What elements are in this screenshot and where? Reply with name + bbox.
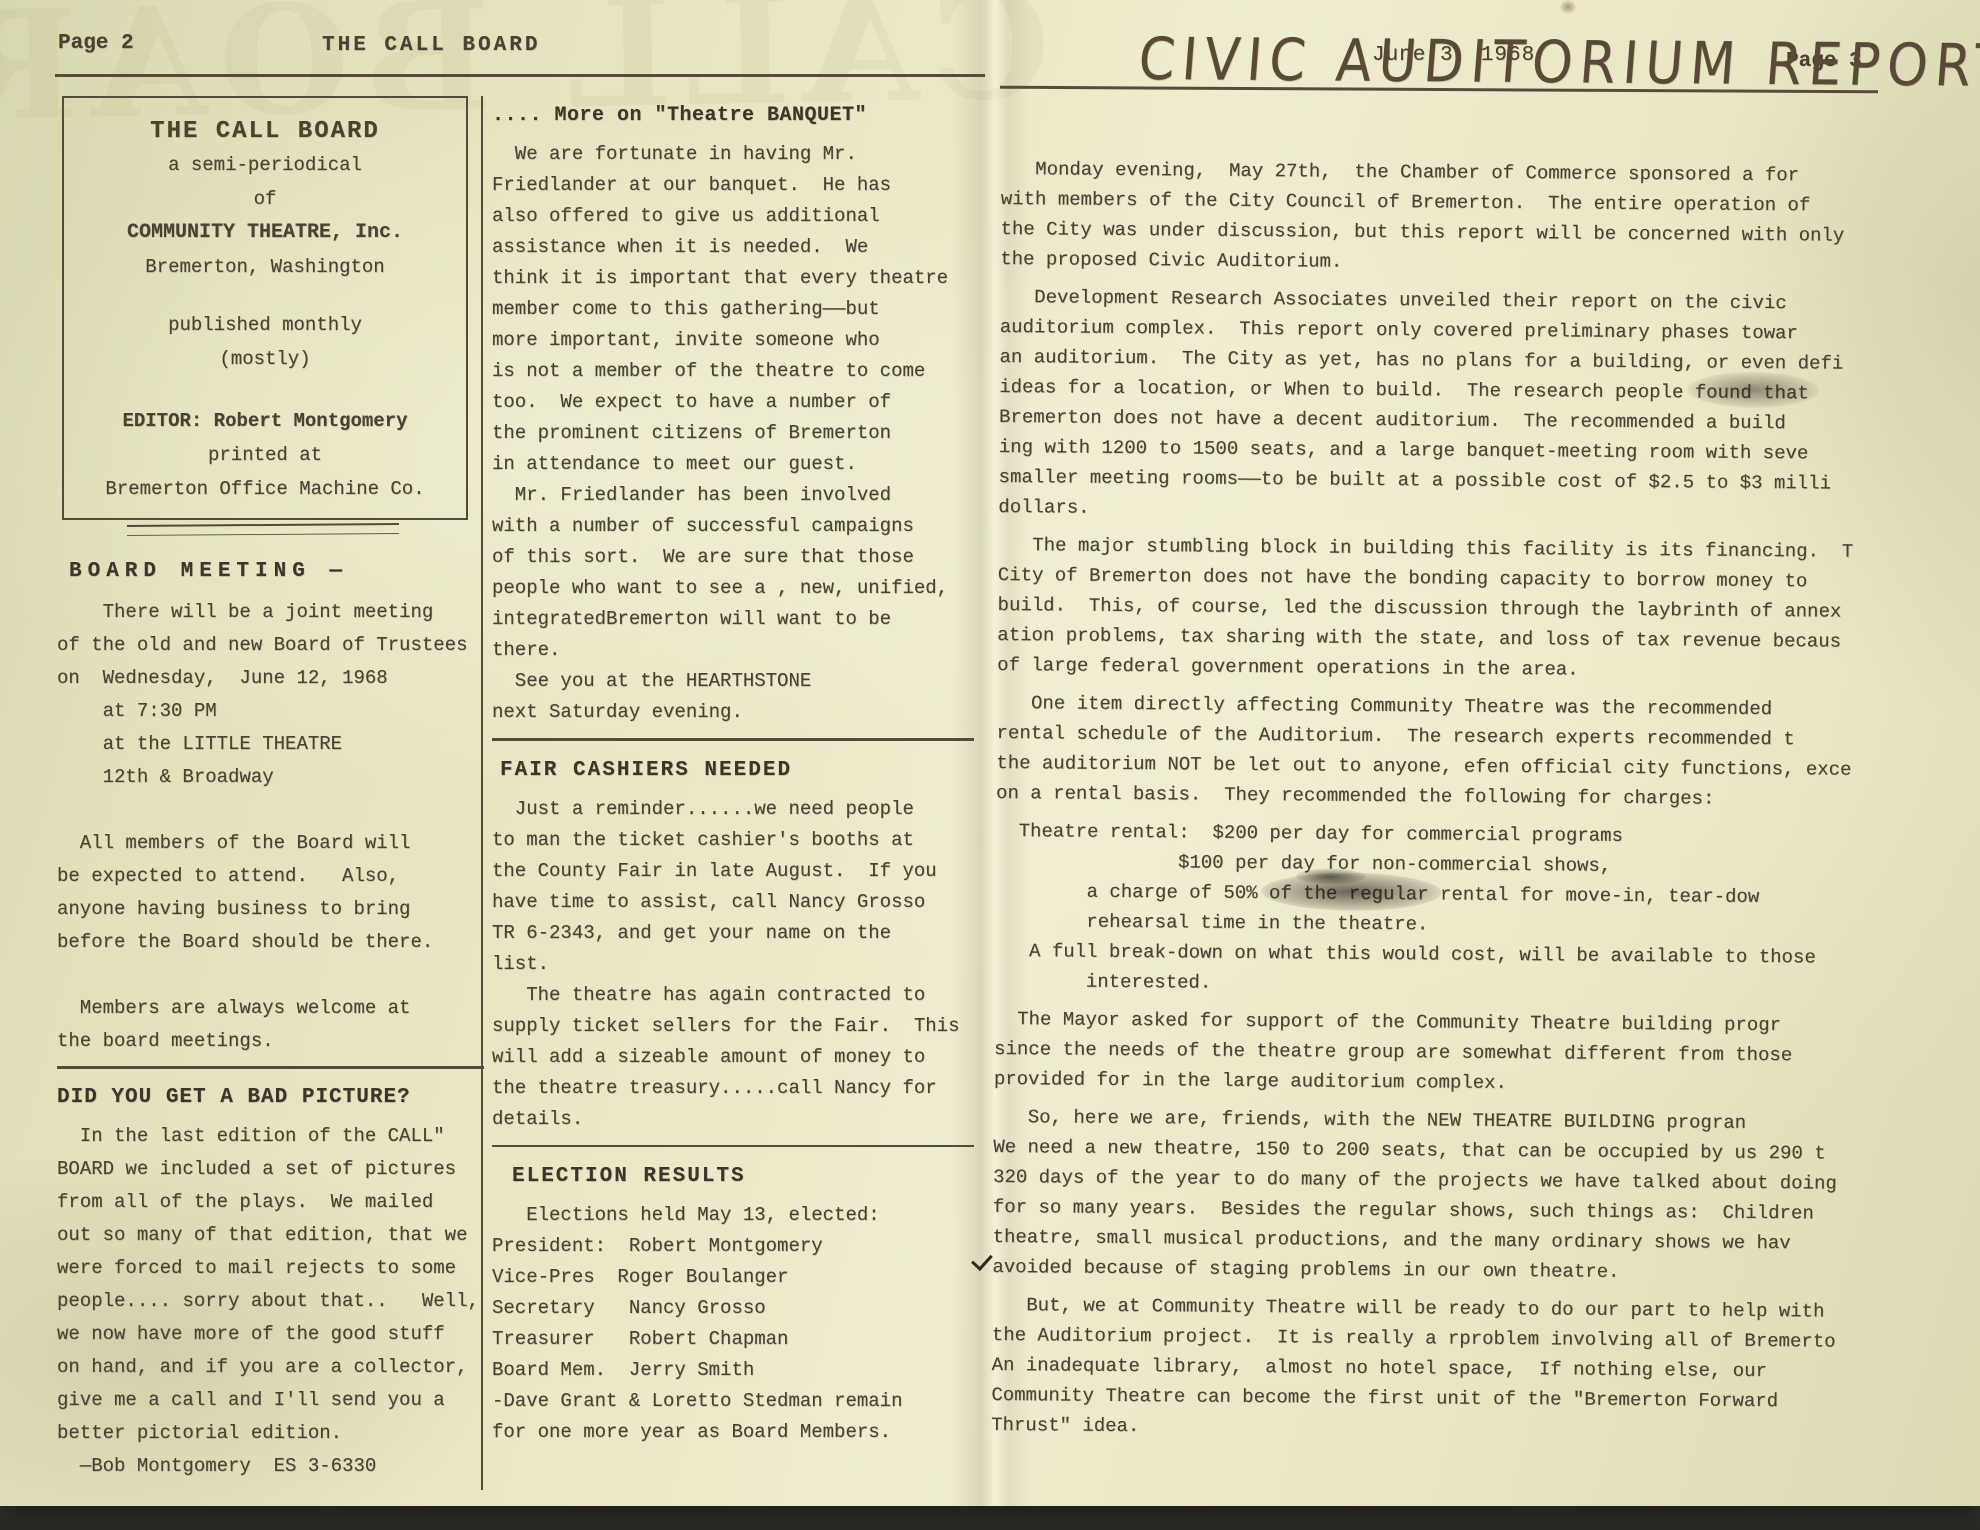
left-column: BOARD MEETING — There will be a joint me… [57,524,489,1483]
masthead-org: COMMUNITY THEATRE, Inc. [64,216,466,250]
left-header-title: THE CALL BOARD [322,34,540,57]
text-line: Vice-Pres Roger Boulanger [492,1262,978,1293]
masthead-editor: EDITOR: Robert Montgomery [64,404,466,438]
text-line: better pictorial edition. [57,1417,489,1450]
section-rule [57,1066,484,1069]
election-results-body: Elections held May 13, elected:President… [492,1200,978,1448]
text-line: think it is important that every theatre [492,263,978,294]
civic-paragraph-6: So, here we are, friends, with the NEW T… [992,1102,1953,1290]
text-line: integratedBremerton will want to be [492,604,978,635]
banquet-heading: .... More on "Theatre BANQUET" [492,100,978,131]
text-line: TR 6-2343, and get your name on the [492,918,978,949]
text-line: Treasurer Robert Chapman [492,1324,978,1355]
civic-paragraph-5: The Mayor asked for support of the Commu… [994,1004,1955,1102]
paper-stain [1560,0,1576,14]
text-line: out so many of that edition, that we [57,1219,489,1252]
text-line: have time to assist, call Nancy Grosso [492,887,978,918]
text-line: before the Board should be there. [57,926,489,959]
civic-paragraph-7: But, we at Community Theatre will be rea… [991,1290,1952,1448]
text-line: All members of the Board will [57,827,489,860]
masthead-subtitle: a semi-periodical [64,148,466,182]
text-line [57,959,489,992]
text-line: avoided because of staging problems in o… [992,1252,1952,1290]
middle-column: .... More on "Theatre BANQUET" We are fo… [492,100,978,1448]
text-line: Mr. Friedlander has been involved [492,480,978,511]
masthead-published: published monthly [64,308,466,342]
text-line: to man the ticket cashier's booths at [492,825,978,856]
fair-cashiers-body: Just a reminder......we need peopleto ma… [492,794,978,1135]
masthead-title: THE CALL BOARD [64,116,466,148]
text-line: we now have more of the good stuff [57,1318,489,1351]
text-line: more important, invite someone who [492,325,978,356]
text-line: Just a reminder......we need people [492,794,978,825]
text-line: —Bob Montgomery ES 3-6330 [57,1450,489,1483]
board-meeting-heading: BOARD MEETING — [69,555,489,588]
text-line: Board Mem. Jerry Smith [492,1355,978,1386]
civic-paragraph-1: Monday evening, May 27th, the Chamber of… [1000,154,1961,282]
right-page: CIVIC AUDITORIUM REPORT Monday evening, … [991,42,1962,1447]
text-line: We are fortunate in having Mr. [492,139,978,170]
text-line: there. [492,635,978,666]
text-line: of this sort. We are sure that those [492,542,978,573]
text-line: also offered to give us additional [492,201,978,232]
text-line: is not a member of the theatre to come [492,356,978,387]
text-line: Friedlander at our banquet. He has [492,170,978,201]
text-line: provided for in the large auditorium com… [994,1064,1954,1102]
bad-picture-heading: DID YOU GET A BAD PICTURE? [57,1081,489,1114]
masthead-printer: Bremerton Office Machine Co. [64,472,466,506]
text-line: people.... sorry about that.. Well, [57,1285,489,1318]
text-line: Elections held May 13, elected: [492,1200,978,1231]
section-rule [492,738,974,741]
text-line: President: Robert Montgomery [492,1231,978,1262]
text-line: at the LITTLE THEATRE [57,728,489,761]
text-line: at 7:30 PM [57,695,489,728]
text-line: In the last edition of the CALL" [57,1120,489,1153]
masthead-underline-rule [127,523,399,536]
text-line: on hand, and if you are a collector, [57,1351,489,1384]
text-line: Secretary Nancy Grosso [492,1293,978,1324]
masthead-box: THE CALL BOARD a semi-periodical of COMM… [62,96,468,520]
board-meeting-body: There will be a joint meetingof the old … [57,596,489,1058]
bad-picture-body: In the last edition of the CALL"BOARD we… [57,1120,489,1483]
text-line: assistance when it is needed. We [492,232,978,263]
text-line: were forced to mail rejects to some [57,1252,489,1285]
text-line: 12th & Broadway [57,761,489,794]
text-line: will add a sizeable amount of money to [492,1042,978,1073]
left-header-rule [55,74,985,77]
rental-rates-list: Theatre rental: $200 per day for commerc… [995,816,1956,1004]
text-line: There will be a joint meeting [57,596,489,629]
text-line: for one more year as Board Members. [492,1417,978,1448]
banquet-body: We are fortunate in having Mr.Friedlande… [492,139,978,728]
text-line: on Wednesday, June 12, 1968 [57,662,489,695]
civic-auditorium-title: CIVIC AUDITORIUM REPORT [1131,43,1962,166]
text-line: from all of the plays. We mailed [57,1186,489,1219]
page-2-label: Page 2 [58,32,134,55]
civic-paragraph-3: The major stumbling block in building th… [997,530,1958,688]
masthead-city: Bremerton, Washington [64,250,466,284]
text-line: the County Fair in late August. If you [492,856,978,887]
text-line: people who want to see a , new, unified, [492,573,978,604]
text-line: member come to this gathering——but [492,294,978,325]
text-line: in attendance to meet our guest. [492,449,978,480]
text-line: See you at the HEARTHSTONE [492,666,978,697]
text-line: Members are always welcome at [57,992,489,1025]
text-line: next Saturday evening. [492,697,978,728]
section-rule [492,1145,974,1148]
text-line: be expected to attend. Also, [57,860,489,893]
civic-paragraph-4: One item directly affecting Community Th… [996,688,1957,816]
civic-paragraph-2: Development Research Associates unveiled… [998,282,1960,530]
text-line: details. [492,1104,978,1135]
masthead-subtitle: of [64,182,466,216]
text-line [57,794,489,827]
text-line: The theatre has again contracted to [492,980,978,1011]
text-line: of the old and new Board of Trustees [57,629,489,662]
election-results-heading: ELECTION RESULTS [512,1161,978,1192]
masthead-printed-at: printed at [64,438,466,472]
text-line: the board meetings. [57,1025,489,1058]
text-line: with a number of successful campaigns [492,511,978,542]
text-line: BOARD we included a set of pictures [57,1153,489,1186]
fair-cashiers-heading: FAIR CASHIERS NEEDED [500,755,978,786]
masthead-published: (mostly) [64,342,466,376]
text-line: anyone having business to bring [57,893,489,926]
text-line: -Dave Grant & Loretto Stedman remain [492,1386,978,1417]
text-line: give me a call and I'll send you a [57,1384,489,1417]
text-line: supply ticket sellers for the Fair. This [492,1011,978,1042]
text-line: the theatre treasury.....call Nancy for [492,1073,978,1104]
text-line: the prominent citizens of Bremerton [492,418,978,449]
text-line: too. We expect to have a number of [492,387,978,418]
text-line: list. [492,949,978,980]
